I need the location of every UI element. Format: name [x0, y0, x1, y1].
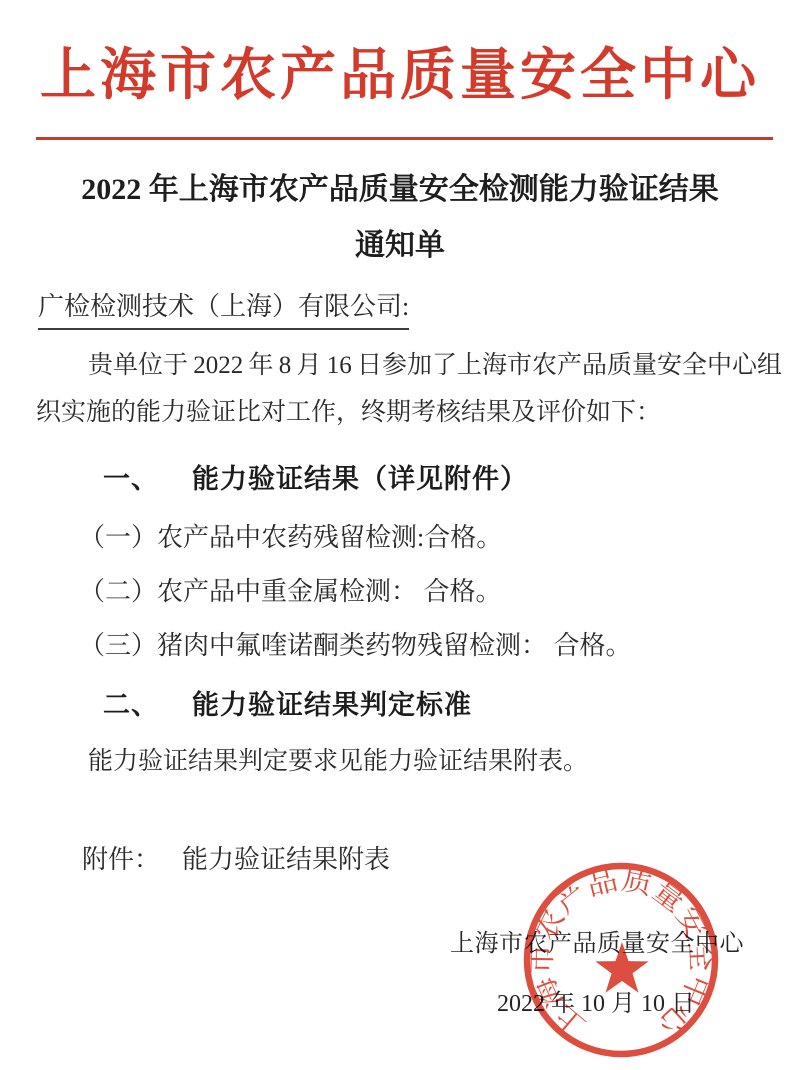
section2-title: 能力验证结果判定标准	[192, 683, 472, 722]
section1-title: 能力验证结果（详见附件）	[192, 457, 528, 496]
section2-number: 二、	[103, 683, 159, 722]
addressee: 广检检测技术（上海）有限公司:	[38, 286, 409, 330]
attachment-text: 能力验证结果附表	[182, 845, 390, 874]
section2-heading: 二、 能力验证结果判定标准	[103, 683, 472, 722]
section2-body: 能力验证结果判定要求见能力验证结果附表。	[36, 741, 767, 777]
result-item-2: （二）农产品中重金属检测： 合格。	[79, 571, 502, 608]
intro-paragraph-line2: 织实施的能力验证比对工作，终期考核结果及评价如下：	[36, 398, 661, 428]
section1-heading: 一、 能力验证结果（详见附件）	[103, 457, 528, 496]
document-page: 上海市农产品质量安全中心 2022 年上海市农产品质量安全检测能力验证结果 通知…	[0, 0, 800, 1070]
intro-paragraph-line1: 贵单位于 2022 年 8 月 16 日参加了上海市农产品质量安全中心组	[36, 351, 767, 381]
result-item-3: （三）猪肉中氟喹诺酮类药物残留检测： 合格。	[79, 625, 632, 662]
letterhead-divider	[36, 137, 773, 140]
document-title-line1: 2022 年上海市农产品质量安全检测能力验证结果	[0, 170, 800, 209]
seal-star-icon	[595, 942, 648, 993]
letterhead-title: 上海市农产品质量安全中心	[0, 44, 800, 108]
result-item-1: （一）农产品中农药残留检测:合格。	[79, 517, 502, 554]
document-title-line2: 通知单	[0, 226, 800, 265]
attachment-line: 附件：能力验证结果附表	[82, 839, 390, 876]
section1-number: 一、	[103, 457, 159, 496]
official-seal: 上海市农产品质量安全中心	[519, 856, 725, 1062]
attachment-label: 附件：	[82, 845, 160, 874]
